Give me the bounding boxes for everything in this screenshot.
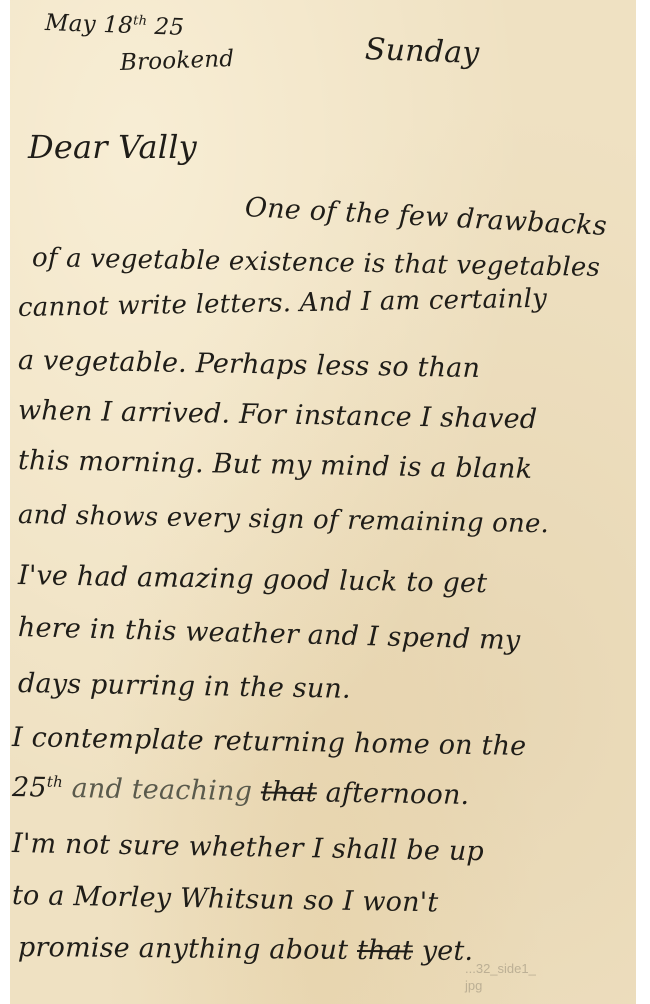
body-line-2: of a vegetable existence is that vegetab…	[32, 243, 601, 283]
letter-place: Brookend	[120, 46, 235, 76]
day-number: 25	[12, 772, 47, 804]
filename-watermark: ...32_side1_ jpg	[465, 960, 536, 994]
date-month-day: May 18	[45, 10, 134, 39]
watermark-line-2: jpg	[465, 978, 482, 993]
body-line-12: 25th and teaching that afternoon.	[12, 772, 470, 811]
letter-page: May 18th 25 Brookend Sunday Dear Vally O…	[10, 0, 636, 1004]
body-line-13: I'm not sure whether I shall be up	[12, 828, 484, 867]
date-year: 25	[154, 14, 185, 41]
body-line-10: days purring in the sun.	[18, 668, 351, 705]
text-span: afternoon.	[317, 777, 470, 811]
date-ordinal: th	[133, 13, 148, 28]
body-line-9: here in this weather and I spend my	[18, 612, 521, 656]
letter-date: May 18th 25	[45, 10, 185, 41]
letter-salutation: Dear Vally	[28, 128, 197, 166]
body-line-15: promise anything about that yet.	[18, 932, 474, 967]
text-span: and teaching	[63, 773, 262, 807]
watermark-line-1: ...32_side1_	[465, 961, 536, 976]
body-line-1: One of the few drawbacks	[244, 192, 607, 242]
body-line-6: this morning. But my mind is a blank	[18, 445, 533, 485]
body-line-5: when I arrived. For instance I shaved	[18, 395, 538, 435]
body-line-8: I've had amazing good luck to get	[18, 560, 488, 599]
text-span: promise anything about	[18, 932, 357, 966]
body-line-14: to a Morley Whitsun so I won't	[12, 880, 439, 918]
body-line-11: I contemplate returning home on the	[12, 722, 527, 762]
struck-word: that	[261, 776, 318, 808]
body-line-3: cannot write letters. And I am certainly	[18, 284, 548, 323]
body-line-7: and shows every sign of remaining one.	[18, 500, 550, 539]
body-line-4: a vegetable. Perhaps less so than	[18, 345, 481, 384]
letter-day: Sunday	[364, 32, 480, 71]
day-ordinal: th	[47, 773, 63, 791]
struck-word: that	[357, 935, 413, 966]
